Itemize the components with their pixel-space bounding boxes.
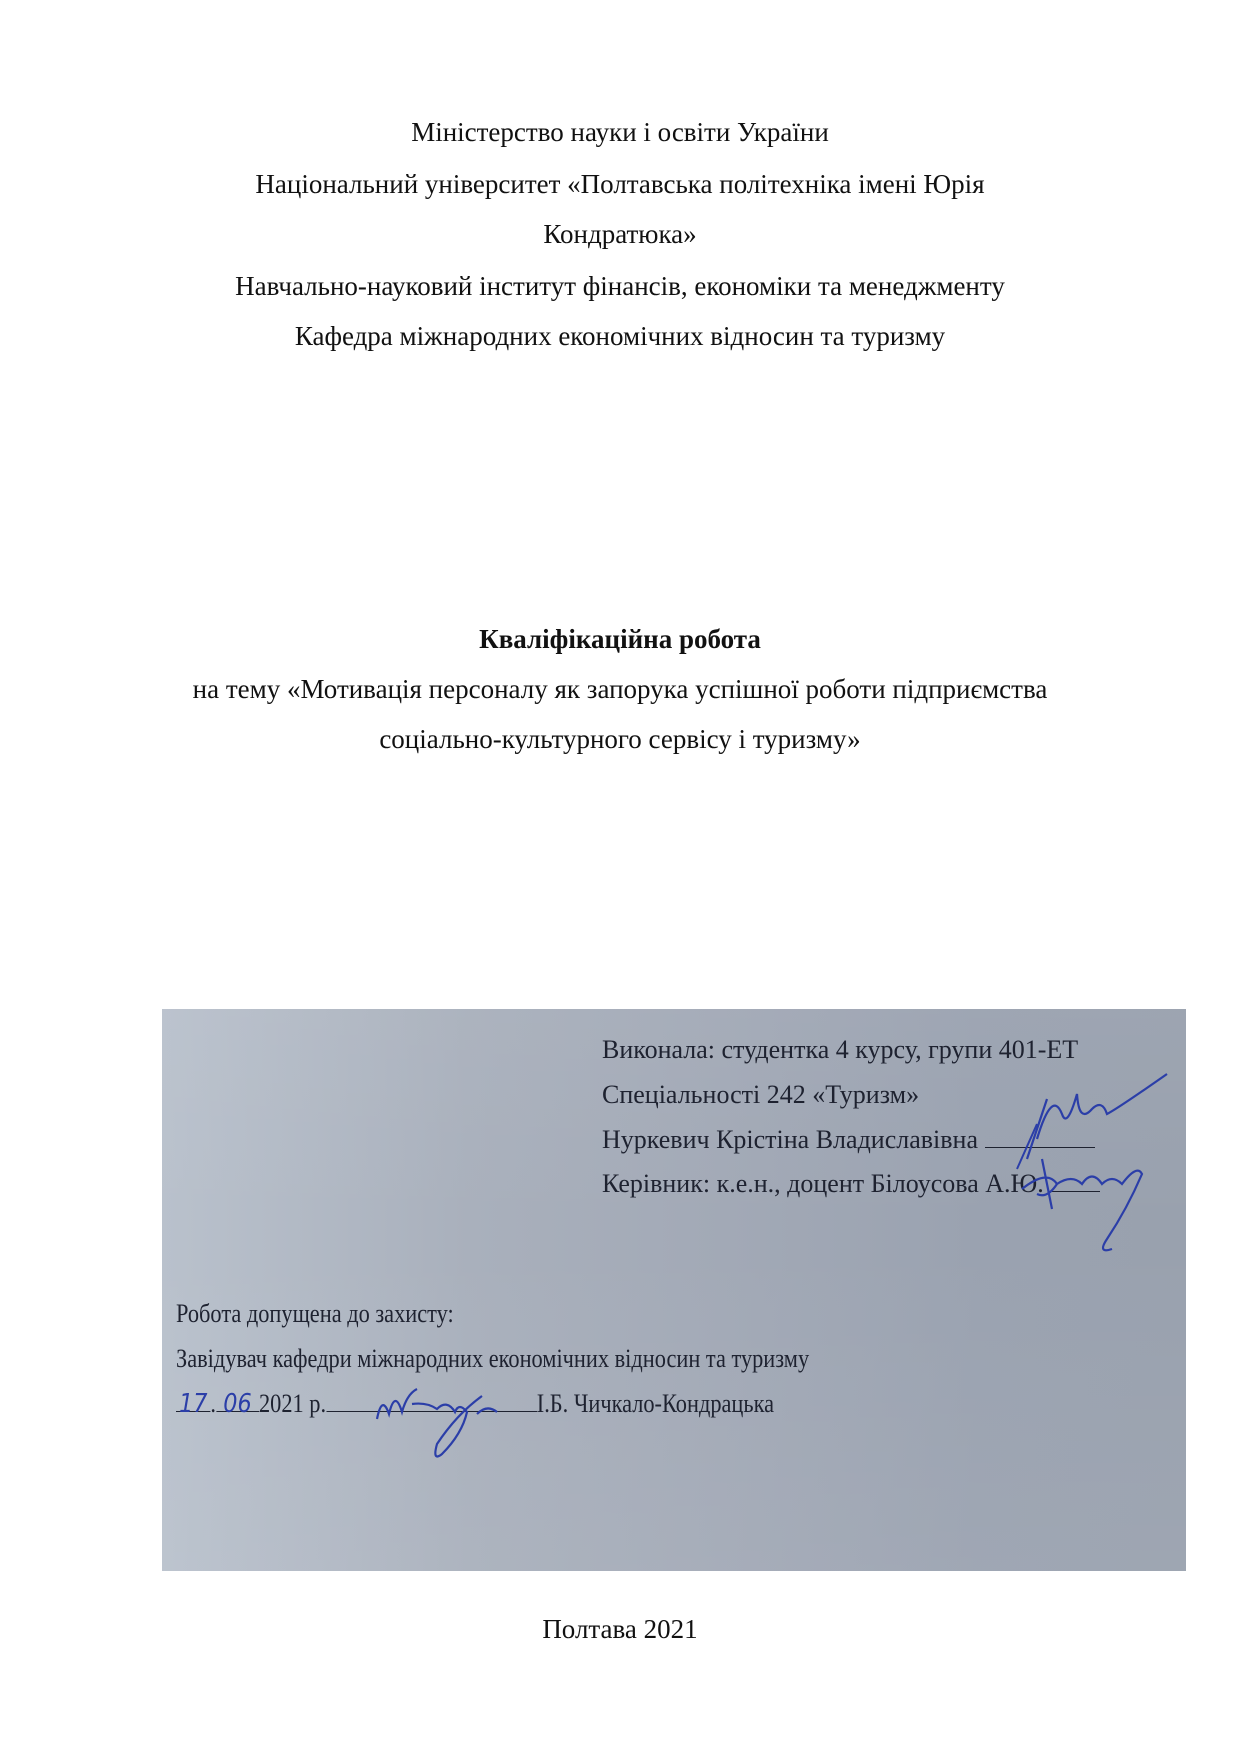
university-line-2: Кондратюка» [0,218,1240,250]
supervisor-name: Керівник: к.е.н., доцент Білоусова А.Ю. [602,1169,1044,1198]
head-title-text: Завідувач кафедри міжнародних економічни… [176,1344,809,1374]
head-name: І.Б. Чичкало-Кондрацька [537,1389,774,1418]
date-month: 06 [216,1389,259,1412]
head-signature-icon [367,1384,527,1464]
city-year: Полтава 2021 [0,1613,1240,1645]
signature-photo: Виконала: студентка 4 курсу, групи 401-Е… [162,1009,1186,1571]
performed-by-text: Виконала: студентка 4 курсу, групи 401-Е… [602,1035,1078,1065]
department-line: Кафедра міжнародних економічних відносин… [0,320,1240,352]
university-line-1: Національний університет «Полтавська пол… [0,168,1240,200]
supervisor-signature-icon [1017,1149,1186,1259]
date-day: 17 [176,1389,210,1412]
ministry-line: Міністерство науки і освіти України [0,116,1240,148]
student-name: Нуркевич Крістіна Владиславівна [602,1125,978,1154]
topic-line-1: на тему «Мотивація персоналу як запорука… [0,673,1240,705]
admitted-text: Робота допущена до захисту: [176,1299,454,1329]
specialty-text: Спеціальності 242 «Туризм» [602,1080,919,1110]
document-title: Кваліфікаційна робота [0,623,1240,655]
topic-line-2: соціально-культурного сервісу і туризму» [0,723,1240,755]
date-year: 2021 р. [259,1389,326,1418]
institute-line: Навчально-науковий інститут фінансів, ек… [0,270,1240,302]
